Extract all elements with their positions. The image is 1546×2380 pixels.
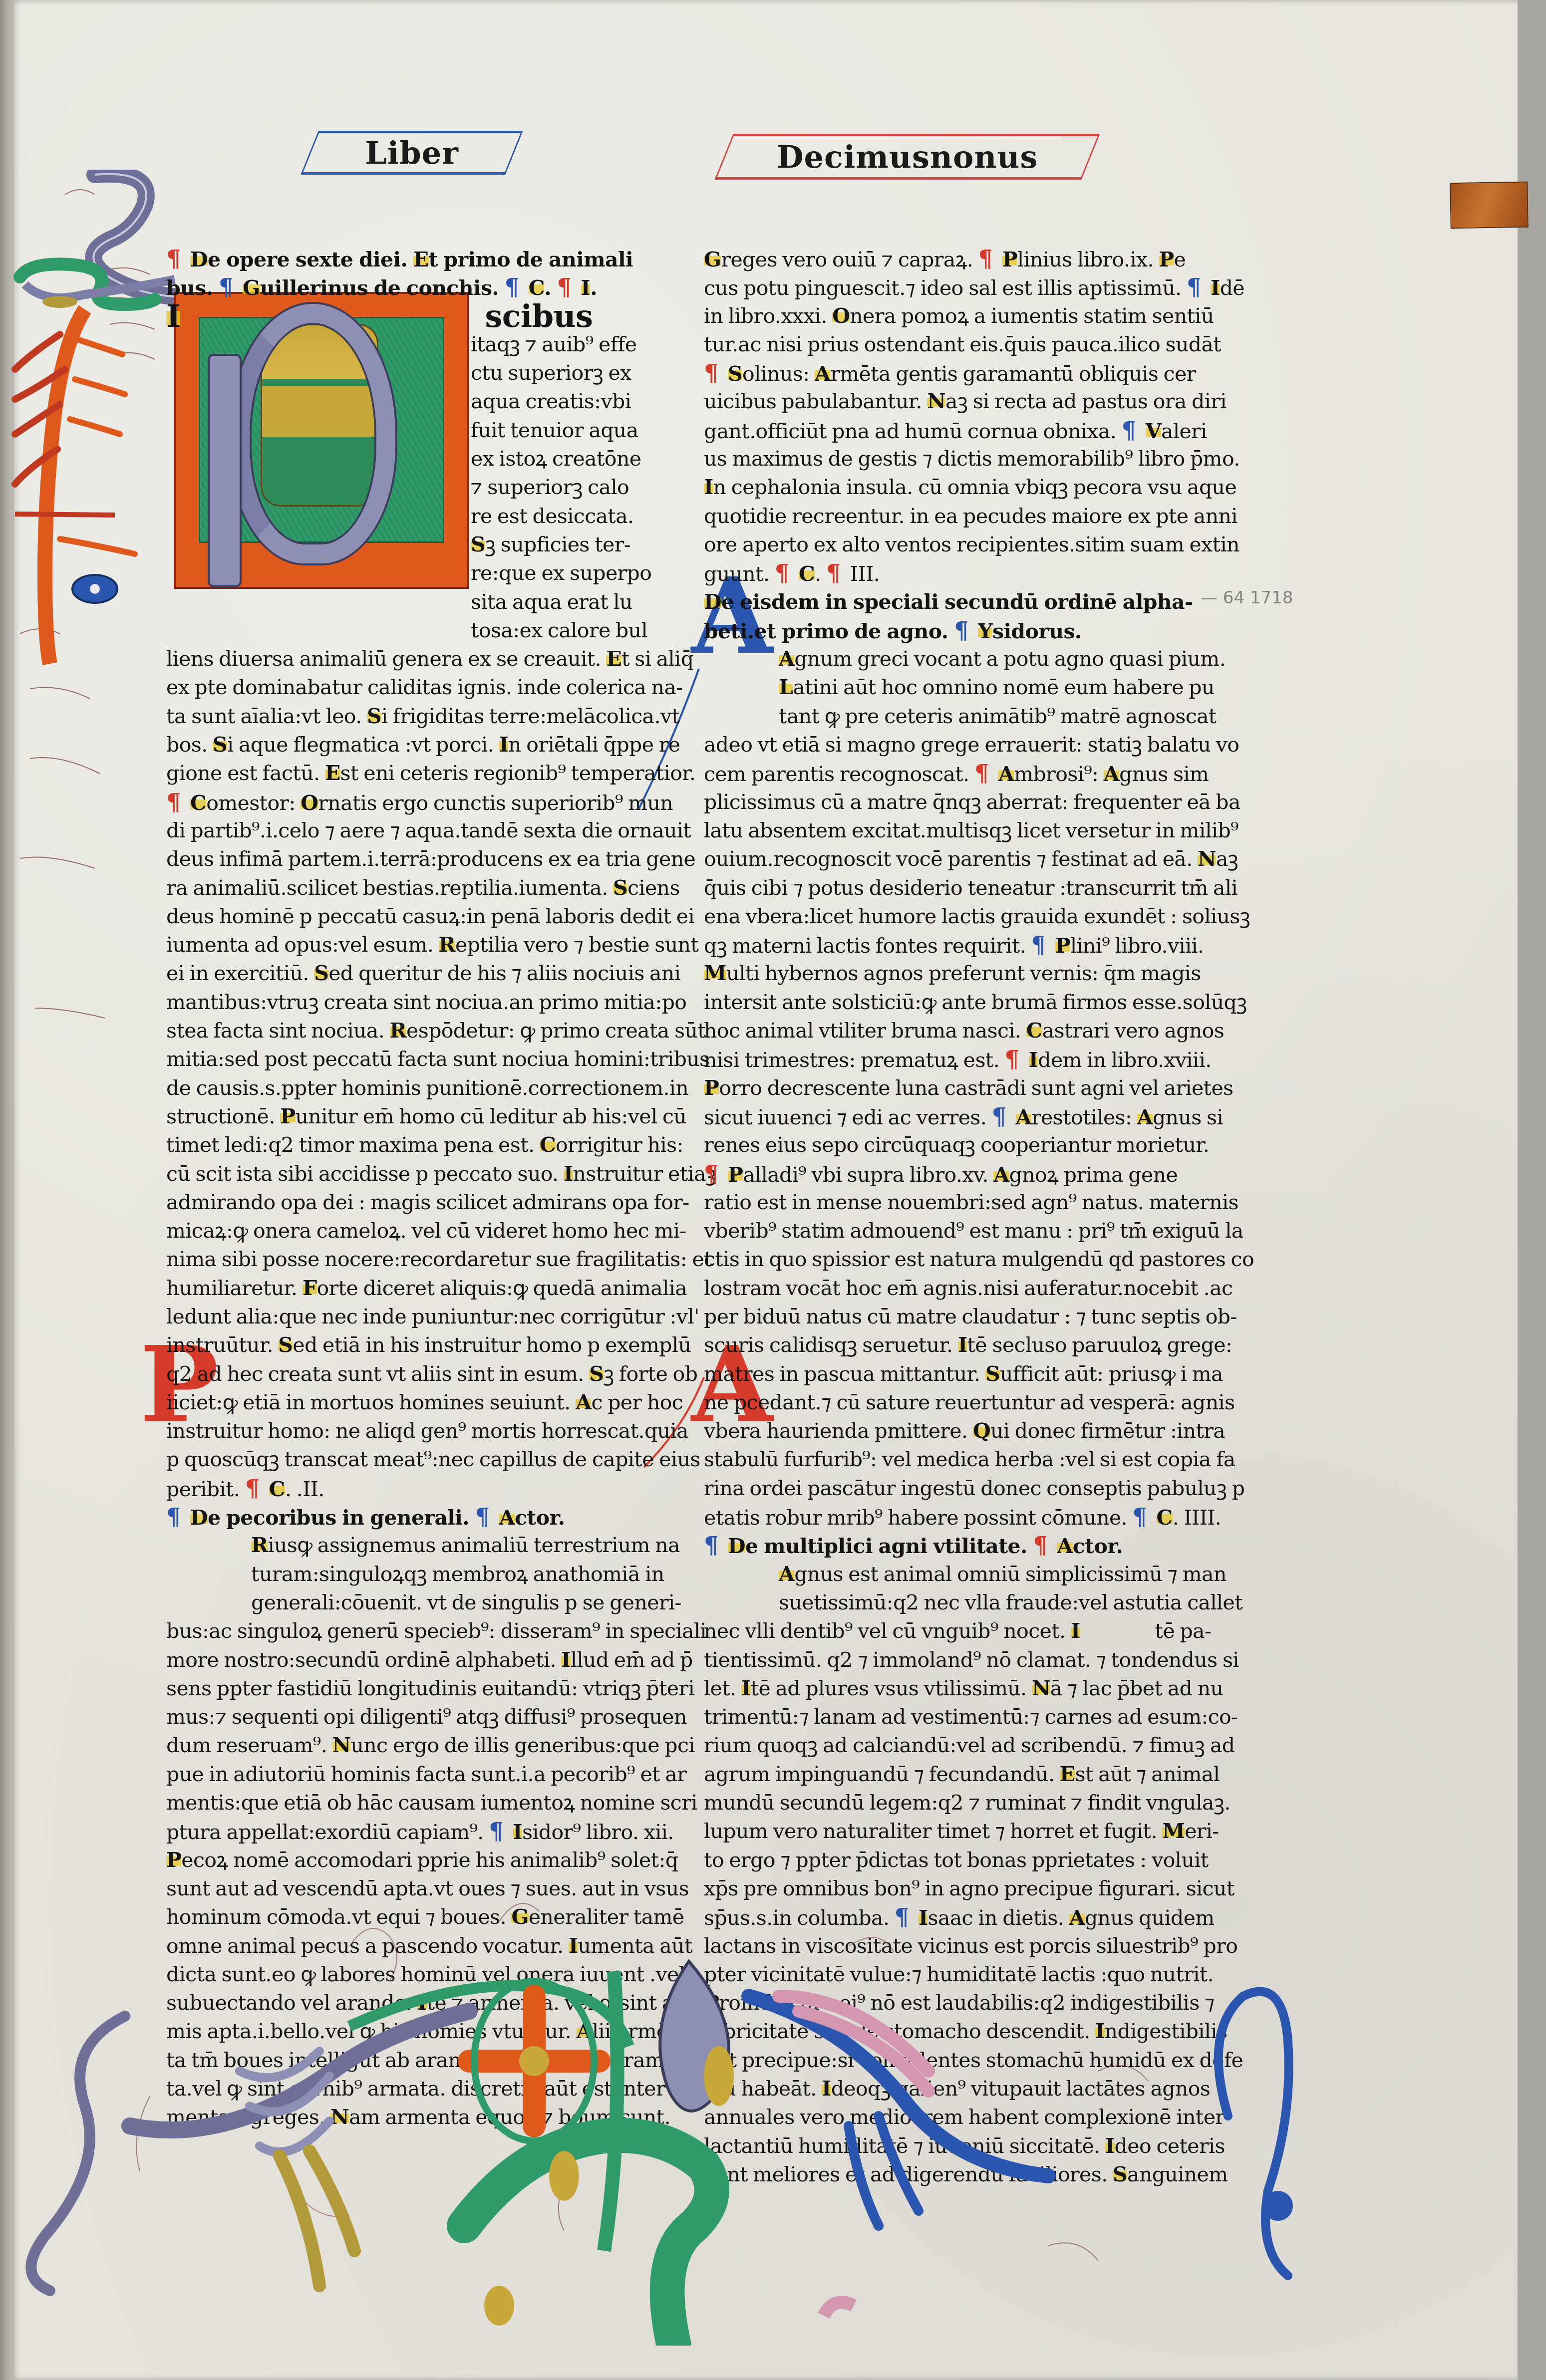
text-run: umenta aūt (578, 1934, 692, 1958)
text-run: ei in exercitiū. (166, 961, 314, 985)
rubricated-capital: A (1016, 1105, 1031, 1129)
text-run: st eni ceteris regionib⁹ temperatior. (340, 761, 696, 785)
text-run: pue in adiutoriū hominis facta sunt.i.a … (166, 1762, 686, 1786)
text-line: nisi trimestres: prematuꝝ est. ¶ Idem in… (704, 1045, 1181, 1073)
rubricated-capital: R (439, 933, 455, 957)
text-run: ex pte dominabatur caliditas ignis. inde… (166, 675, 683, 699)
text-line: bos. Si aque flegmatica :vt porci. In or… (166, 731, 628, 759)
text-line: mantibus:vtruꝫ creata sint nociua.an pri… (166, 988, 628, 1017)
rubricated-capital: I (822, 2077, 831, 2101)
text-run: orte diceret aliquis:ꝙ quedā animalia (317, 1276, 687, 1300)
text-run: qꝫ materni lactis fontes requirit. (704, 934, 1031, 958)
text-run: ui donec firmētur :intra (990, 1419, 1225, 1443)
rubricated-capital: V (1146, 419, 1161, 443)
text-line: pter vicinitatē vulue:⁊ humiditatē lacti… (704, 1960, 1181, 1989)
rubricated-capital: I (513, 1820, 522, 1844)
text-line: mus:⁊ sequenti opi diligenti⁹ atqꝫ diffu… (166, 1703, 628, 1731)
text-run: timet ledi:q2 timor maxima pena est. (166, 1133, 540, 1157)
rubricated-capital: S (213, 733, 227, 757)
text-line: humiliaretur. Forte diceret aliquis:ꝙ qu… (166, 1274, 628, 1303)
text-line: ena vbera:licet humore lactis grauida ex… (704, 902, 1181, 931)
text-line: lactans in viscositate vicinus est porci… (704, 1932, 1181, 1960)
text-line: Proinde caro ei⁹ nō est laudabilis:q2 in… (704, 1989, 1181, 2017)
text-run: adeo vt etiā si magno grege errauerit: s… (704, 733, 1239, 757)
text-line: qꝫ materni lactis fontes requirit. ¶ Pli… (704, 931, 1181, 959)
rubricated-capital: N (1198, 847, 1216, 871)
text-line: micaꝝ:ꝙ onera cameloꝝ. vel cū videret ho… (166, 1217, 628, 1245)
text-run: gnus est animal omniū simplicissimū ⁊ ma… (794, 1562, 1227, 1586)
text-run: saac in dietis. (928, 1906, 1069, 1930)
text-run: renes eius sepo circūquaqꝫ cooperiantur … (704, 1133, 1209, 1157)
text-run: bos. (166, 733, 213, 757)
text-line: aqua creatis:vbi (166, 387, 628, 416)
text-line: pue in adiutoriū hominis facta sunt.i.a … (166, 1760, 628, 1789)
text-line: ⁊ superiorꝫ calo (166, 473, 628, 502)
text-run: more nostro:secundū ordinē alphabeti. (166, 1648, 561, 1672)
text-run: mbrosi⁹: (1014, 762, 1103, 786)
text-run: tur.ac nisi prius ostendant eis.q̄uis pa… (704, 332, 1221, 356)
text-line: ta.vel ꝙ sint cornib⁹ armata. discretio … (166, 2075, 628, 2103)
text-run: ta tm̄ boues intelligūt ab arando dicta.… (166, 2048, 689, 2072)
text-run: us maximus de gestis ⁊ dictis memorabili… (704, 447, 1240, 471)
text-line: In cephalonia insula. cū omnia vbiqꝫ pec… (704, 473, 1181, 502)
text-line: more nostro:secundū ordinē alphabeti. Il… (166, 1646, 628, 1674)
rubricated-capital: S (985, 1362, 1000, 1386)
text-run: i aque flegmatica :vt porci. (227, 733, 499, 757)
text-run: re est desiccata. (471, 504, 634, 528)
text-run: re:que ex superpo (471, 561, 651, 585)
text-line: mis apta.i.bello.vel ꝙ his homies vtuntu… (166, 2017, 628, 2046)
rubricated-capital: S (367, 704, 381, 728)
text-run: beti.et primo de agno. (704, 619, 954, 643)
paragraph-mark-icon: ¶ (704, 359, 725, 386)
text-line: ra animaliū.scilicet bestias.reptilia.iu… (166, 874, 628, 902)
text-line: adeo vt etiā si magno grege errauerit: s… (704, 731, 1181, 759)
rubricated-capital: I (1029, 1048, 1038, 1072)
text-run: . IIII. (1173, 1506, 1222, 1530)
text-run: intersit ante solsticiū:ꝙ ante brumā fir… (704, 990, 1247, 1014)
text-line: gant.officiūt pna ad humū cornua obnixa.… (704, 416, 1181, 445)
text-run: nera pomoꝝ a iumentis statim sentiū (850, 304, 1214, 328)
text-line: deus infimā partem.i.terrā:producens ex … (166, 845, 628, 873)
text-line: peribit. ¶ C. .II. (166, 1474, 628, 1503)
text-line: us maximus de gestis ⁊ dictis memorabili… (704, 445, 1181, 473)
rubricated-capital: A (499, 1506, 515, 1530)
text-run: cem parentis recognoscat. (704, 762, 974, 786)
text-run: deoqꝫ galien⁹ vitupauit lactātes agnos (831, 2077, 1211, 2101)
text-line: deus hominē p peccatū casuꝝ:in penā labo… (166, 902, 628, 931)
text-column-right: Greges vero ouiū ⁊ capraꝝ. ¶ Plinius lib… (704, 245, 1181, 2189)
text-run: menta ⁊ greges. (166, 2105, 330, 2129)
text-run: atini aūt hoc omnino nomē eum habere pu (793, 675, 1215, 699)
text-line: ptura appellat:exordiū capiam⁹. ¶ Isidor… (166, 1817, 628, 1846)
text-run: ctis in quo spissior est natura mulgendū… (704, 1247, 1254, 1271)
rubricated-capital: Y (978, 619, 992, 643)
text-run: ledunt alia:que nec inde puniuntur:nec c… (166, 1305, 699, 1328)
text-line: rina ordei pascātur ingestū donec consep… (704, 1474, 1181, 1503)
rubricated-capital: I (958, 1333, 967, 1357)
text-run: ctu habeāt. (704, 2077, 822, 2101)
text-run: e multiplici agni vtilitate. (745, 1534, 1033, 1558)
text-run: sp̄us.s.in columba. (704, 1906, 895, 1930)
text-line: dicta sunt.eo ꝙ labores hominū vel onera… (166, 1960, 628, 1989)
rubricated-capital: G (243, 276, 260, 300)
paragraph-mark-icon: ¶ (219, 273, 240, 300)
text-run: alladi⁹ vbi supra libro.xv. (743, 1163, 993, 1187)
text-line: ¶ Comestor: Ornatis ergo cunctis superio… (166, 788, 628, 816)
text-run: lactantiū humiditatē ⁊ iuueniū siccitatē… (704, 2134, 1105, 2158)
paragraph-mark-icon: ¶ (166, 245, 187, 272)
rubricated-capital: C (1026, 1019, 1042, 1043)
text-run: e (1174, 248, 1186, 271)
text-line: ex pte dominabatur caliditas ignis. inde… (166, 673, 628, 702)
rubricated-capital: E (606, 647, 621, 671)
text-run: nisi trimestres: prematuꝝ est. (704, 1048, 1005, 1072)
text-line: iiciet:ꝙ etiā in mortuos homines seuiunt… (166, 1388, 628, 1417)
paragraph-mark-icon: ¶ (954, 617, 975, 644)
text-run: di partib⁹.i.celo ⁊ aere ⁊ aqua.tandē se… (166, 818, 691, 842)
text-run: t primo de animali (429, 248, 633, 271)
rubricated-capital: A (779, 1562, 794, 1586)
text-run: admirando opa dei : magis scilicet admir… (166, 1190, 689, 1214)
text-line: vbera haurienda pmittere. Qui donec firm… (704, 1417, 1181, 1445)
text-line: matres in pascua mittantur. Sufficit aūt… (704, 1360, 1181, 1388)
rubricated-capital: D (704, 590, 721, 614)
rubricated-capital: S (589, 1362, 604, 1386)
text-run: . (590, 276, 597, 300)
text-line: de causis.s.ppter hominis punitionē.corr… (166, 1074, 628, 1102)
text-line: sp̄us.s.in columba. ¶ Isaac in dietis. A… (704, 1903, 1181, 1931)
text-line: Iscibus (166, 302, 628, 330)
text-line: ex istoꝝ creatōne (166, 445, 628, 473)
rubricated-capital: N (927, 389, 945, 413)
text-run: omne animal pecus a pascendo vocatur. (166, 1934, 569, 1958)
text-run: ꝫ supficies ter- (485, 532, 630, 556)
paragraph-mark-icon: ¶ (245, 1475, 266, 1502)
text-run: deus hominē p peccatū casuꝝ:in penā labo… (166, 904, 694, 928)
text-line: sita aqua erat lu (166, 588, 628, 616)
text-run: structionē. (166, 1104, 280, 1128)
text-run: ctu superiorꝫ ex (471, 361, 631, 385)
text-run: nec vlli dentib⁹ vel cū vnguib⁹ nocet. (704, 1619, 1071, 1643)
text-run: instruūtur. (166, 1333, 278, 1357)
rubricated-capital: S (613, 876, 627, 900)
paragraph-mark-icon: ¶ (974, 760, 995, 787)
text-line: beti.et primo de agno. ¶ Ysidorus. (704, 616, 1181, 645)
text-run: c per hoc (591, 1390, 683, 1414)
rubricated-capital: P (280, 1104, 295, 1128)
text-run: ā ⁊ lac p̄bet ad nu (1050, 1676, 1223, 1700)
text-line: Pecoꝝ nomē accomodari pprie his animalib… (166, 1846, 628, 1874)
text-run: ed queritur de his ⁊ aliis nociuis ani (328, 961, 680, 985)
text-run: tant ꝙ pre ceteris animātib⁹ matrē agnos… (779, 704, 1217, 728)
text-line: nima sibi posse nocere:recordaretur sue … (166, 1245, 628, 1274)
text-run: llud em̄ ad p̄ (571, 1648, 693, 1672)
text-run: rium quoqꝫ ad calciandū:vel ad scribendū… (704, 1733, 1235, 1757)
text-run: dem in libro.xviii. (1038, 1048, 1211, 1072)
rubricated-capital: I (564, 1162, 573, 1186)
text-line: etatis robur mrib⁹ habere possint cōmune… (704, 1503, 1181, 1531)
text-run: pter vicinitatē vulue:⁊ humiditatē lacti… (704, 1962, 1214, 1986)
text-line: ratio est in mense nouembri:sed agn⁹ nat… (704, 1188, 1181, 1217)
rubricated-capital: A (1104, 762, 1119, 786)
text-line: structionē. Punitur em̄ homo cū leditur … (166, 1102, 628, 1131)
text-run: eneraliter tamē (529, 1905, 684, 1929)
rubricated-capital: G (704, 248, 721, 271)
text-line: instruūtur. Sed etiā in his instruitur h… (166, 1331, 628, 1359)
rubricated-capital: I (1095, 2019, 1105, 2043)
text-run: ta.vel ꝙ sint cornib⁹ armata. discretio … (166, 2077, 692, 2101)
text-run: lactans in viscositate vicinus est porci… (704, 1934, 1237, 1958)
text-line: turam:singuloꝝqꝫ membroꝝ anathomiā in (166, 1560, 628, 1588)
text-line: lupum vero naturaliter timet ⁊ horret et… (704, 1817, 1181, 1846)
text-run: sidorus. (992, 619, 1082, 643)
text-line: Latini aūt hoc omnino nomē eum habere pu (704, 673, 1181, 702)
text-run: quotidie recreentur. in ea pecudes maior… (704, 504, 1237, 528)
text-run: tosa:ex calore bul (471, 618, 647, 642)
text-run: sunt aut ad vescendū apta.vt oues ⁊ sues… (166, 1876, 689, 1900)
text-run: guunt. (704, 562, 775, 586)
text-line: in libro.xxxi. Onera pomoꝝ a iumentis st… (704, 302, 1181, 330)
paragraph-mark-icon: ¶ (1187, 273, 1208, 300)
text-run: cus potu pinguescit.⁊ ideo sal est illis… (704, 276, 1187, 300)
rubricated-capital: I (417, 1991, 427, 2015)
text-line: Agnus est animal omniū simplicissimū ⁊ m… (704, 1560, 1181, 1588)
text-run: ex istoꝝ creatōne (471, 447, 641, 471)
text-line: ore aperto ex alto ventos recipientes.si… (704, 530, 1181, 559)
text-run: suetissimū:q2 nec vlla fraude:vel astuti… (779, 1590, 1242, 1614)
text-run: uicibus pabulabantur. (704, 389, 927, 413)
paragraph-mark-icon: ¶ (978, 245, 999, 272)
text-line: guunt. ¶ C. ¶ III. (704, 559, 1181, 587)
paragraph-mark-icon: ¶ (489, 1818, 510, 1845)
text-run: q2 ad hec creata sunt vt aliis sint in e… (166, 1362, 589, 1386)
margin-note: — 64 1718 (1201, 588, 1293, 608)
text-run: tē secluso paruuloꝝ grege: (967, 1333, 1232, 1357)
rubricated-capital: G (511, 1905, 528, 1929)
rubricated-capital: P (1055, 934, 1070, 958)
text-line: suetissimū:q2 nec vlla fraude:vel astuti… (704, 1588, 1181, 1617)
text-line: bus. ¶ Guillerinus de conchis. ¶ C. ¶ I. (166, 273, 628, 301)
text-run: deus infimā partem.i.terrā:producens ex … (166, 847, 695, 871)
text-line: sens ppter fastidiū longitudinis euitand… (166, 1674, 628, 1703)
rubricated-capital: S (471, 532, 485, 556)
rubricated-capital: R (390, 1019, 406, 1043)
rubricated-capital: A (1069, 1906, 1085, 1930)
text-run: sita aqua erat lu (471, 590, 632, 614)
text-run: reges vero ouiū ⁊ capraꝝ. (721, 248, 978, 271)
text-run: n cephalonia insula. cū omnia vbiqꝫ peco… (713, 475, 1237, 499)
text-line: tant ꝙ pre ceteris animātib⁹ matrē agnos… (704, 702, 1181, 731)
rubricated-capital: I (569, 1934, 578, 1958)
text-run: in libro.xxxi. (704, 304, 832, 328)
rubricated-capital: S (314, 961, 328, 985)
text-run: roinde caro ei⁹ nō est laudabilis:q2 ind… (719, 1991, 1215, 2015)
text-line: ctis in quo spissior est natura mulgendū… (704, 1245, 1181, 1274)
rubricated-capital: S (1113, 2162, 1127, 2186)
paragraph-mark-icon: ¶ (775, 559, 796, 586)
text-line: ouium.recognoscit vocē parentis ⁊ festin… (704, 845, 1181, 873)
text-line: tur.ac nisi prius ostendant eis.q̄uis pa… (704, 330, 1181, 359)
text-run: stea facta sint nociua. (166, 1019, 390, 1043)
text-run: mitia:sed post peccatū facta sunt nociua… (166, 1047, 710, 1071)
rubricated-capital: P (704, 1991, 719, 2015)
text-run: humiliaretur. (166, 1276, 303, 1300)
text-run: ufficit aūt: priusꝙ i ma (1000, 1362, 1223, 1386)
text-run: sens ppter fastidiū longitudinis euitand… (166, 1676, 694, 1700)
text-run: ndigestibilis (1105, 2019, 1228, 2043)
text-run: p quoscūqꝫ transcat meat⁹:nec capillus d… (166, 1447, 700, 1471)
rubricated-capital: Q (973, 1419, 990, 1443)
text-run: let. (704, 1676, 741, 1700)
text-line: xp̄s pre omnibus bon⁹ in agno precipue f… (704, 1874, 1181, 1903)
text-line: stea facta sint nociua. Respōdetur: ꝙ pr… (166, 1017, 628, 1045)
text-line: lubricitate sua de stomacho descendit. I… (704, 2017, 1181, 2046)
text-run: e pecoribus in generali. (208, 1506, 475, 1530)
rubricated-capital: I (1071, 1619, 1080, 1643)
text-run: ⁊ superiorꝫ calo (471, 475, 629, 499)
text-line: lostram vocāt hoc em̄ agnis.nisi auferat… (704, 1274, 1181, 1303)
rubricated-capital: S (278, 1333, 293, 1357)
text-line: cū scit ista sibi accidisse p peccato su… (166, 1160, 628, 1188)
text-line: to ergo ⁊ ppter p̄dictas tot bonas pprie… (704, 1846, 1181, 1874)
text-line: nec vlli dentib⁹ vel cū vnguib⁹ nocet. I… (704, 1617, 1181, 1645)
rubricated-capital: P (704, 1076, 719, 1100)
text-run: deo ceteris (1115, 2134, 1225, 2158)
text-line: ei in exercitiū. Sed queritur de his ⁊ a… (166, 959, 628, 988)
text-line: iumenta ad opus:vel esum. Reptilia vero … (166, 931, 628, 959)
text-line: uicibus pabulabantur. Naꝫ si recta ad pa… (704, 387, 1181, 416)
page-edge (1518, 0, 1546, 2380)
rubricated-capital: O (832, 304, 850, 328)
rubricated-capital: C (529, 276, 544, 300)
paragraph-mark-icon: ¶ (166, 789, 187, 815)
running-head-right-text: Decimusnonus (777, 139, 1038, 175)
text-line: scuris calidisqꝫ seruetur. Itē secluso p… (704, 1331, 1181, 1359)
rubricated-capital: P (1002, 248, 1017, 271)
text-run: ptura appellat:exordiū capiam⁹. (166, 1820, 489, 1844)
paragraph-mark-icon: ¶ (166, 1503, 187, 1530)
text-line: sicut iuuenci ⁊ edi ac verres. ¶ Arestot… (704, 1102, 1181, 1131)
rubricated-capital: N (1032, 1676, 1050, 1700)
text-line: menta ⁊ greges. Nam armenta equoꝝ ⁊ boum… (166, 2103, 628, 2131)
text-line: per biduū natus cū matre claudatur : ⁊ t… (704, 1303, 1181, 1331)
text-run: ciens (627, 876, 680, 900)
text-run: stabulū furfurib⁹: vel medica herba :vel… (704, 1447, 1236, 1471)
text-run: sidor⁹ libro. xii. (522, 1820, 674, 1844)
text-run: n oriētali q̄ppe re (508, 733, 680, 757)
text-run: st aūt ⁊ animal (1075, 1762, 1220, 1786)
text-line: annuales vero mediocrem habent complexio… (704, 2103, 1181, 2131)
rubricated-capital: F (303, 1276, 317, 1300)
text-run: lubricitate sua de stomacho descendit. (704, 2019, 1095, 2043)
text-run: plicissimus cū a matre q̄nqꝫ aberrat: fr… (704, 790, 1240, 814)
text-run: rmēta gentis garamantū obliquis cer (830, 362, 1196, 386)
text-line: ¶ Palladi⁹ vbi supra libro.xv. Agnoꝝ pri… (704, 1160, 1181, 1188)
text-run: cū scit ista sibi accidisse p peccato su… (166, 1162, 564, 1186)
text-run: mantibus:vtruꝫ creata sint nociua.an pri… (166, 990, 686, 1014)
rubricated-capital: E (1060, 1762, 1075, 1786)
text-run: aqua creatis:vbi (471, 389, 631, 413)
text-run: aꝫ (1216, 847, 1238, 871)
rubricated-capital: S (728, 362, 742, 386)
text-run: . (815, 562, 826, 586)
text-line: ¶ De pecoribus in generali. ¶ Actor. (166, 1503, 628, 1531)
text-run: micaꝝ:ꝙ onera cameloꝝ. vel cū videret ho… (166, 1219, 686, 1243)
paragraph-mark-icon: ¶ (704, 1160, 725, 1187)
text-run: mus:⁊ sequenti opi diligenti⁹ atqꝫ diffu… (166, 1705, 687, 1729)
text-run: mundū secundū legem:q2 ⁊ ruminat ⁊ findi… (704, 1791, 1231, 1815)
running-head-left: Liber (309, 131, 514, 175)
paragraph-mark-icon: ¶ (475, 1503, 496, 1530)
rubricated-capital: A (576, 1390, 591, 1414)
text-line: ta tm̄ boues intelligūt ab arando dicta.… (166, 2046, 628, 2075)
rubricated-capital: A (998, 762, 1014, 786)
text-run: per biduū natus cū matre claudatur : ⁊ t… (704, 1305, 1237, 1328)
running-head-right: Decimusnonus (724, 134, 1091, 180)
text-run: annuales vero mediocrem habent complexio… (704, 2105, 1225, 2129)
paragraph-mark-icon: ¶ (1122, 417, 1143, 444)
rubricated-capital: C (799, 562, 815, 586)
text-line: agrum impinguandū ⁊ fecundandū. Est aūt … (704, 1760, 1181, 1789)
text-line: generali:cōuenit. vt de singulis p se ge… (166, 1588, 628, 1617)
text-run: ctor. (515, 1506, 565, 1530)
text-line: tosa:ex calore bul (166, 616, 628, 645)
text-line: let. Itē ad plures vsus vtilissimū. Nā ⁊… (704, 1674, 1181, 1703)
rubricated-capital: E (325, 761, 340, 785)
rubricated-capital: O (301, 791, 318, 815)
text-run: omestor: (206, 791, 301, 815)
text-column-left: ¶ De opere sexte diei. Et primo de anima… (166, 245, 628, 2132)
rubricated-capital: E (413, 248, 429, 271)
rubricated-capital: N (332, 1733, 351, 1757)
text-line: intersit ante solsticiū:ꝙ ante brumā fir… (704, 988, 1181, 1017)
rubricated-capital: P (166, 1848, 181, 1872)
text-run: aūt precipue:si comedentes stomachū humi… (704, 2048, 1243, 2072)
rubricated-capital: I (1105, 2134, 1115, 2158)
text-run: ra animaliū.scilicet bestias.reptilia.iu… (166, 876, 613, 900)
text-line: re est desiccata. (166, 502, 628, 530)
text-run: . .II. (285, 1477, 324, 1501)
text-line: bus:ac singuloꝝ generū specieb⁹: dissera… (166, 1617, 628, 1645)
rubricated-capital: M (704, 961, 726, 985)
rubricated-capital: M (1162, 1819, 1185, 1843)
rubricated-capital: I (919, 1906, 928, 1930)
text-run: lostram vocāt hoc em̄ agnis.nisi auferat… (704, 1276, 1233, 1300)
text-run: vberib⁹ statim admouend⁹ est manu : pri⁹… (704, 1219, 1243, 1243)
text-run: q̄uis cibi ⁊ potus desiderio teneatur :t… (704, 876, 1237, 900)
text-line: omne animal pecus a pascendo vocatur. Iu… (166, 1932, 628, 1960)
text-line: sunt meliores et ad digerendū faciliores… (704, 2160, 1181, 2189)
text-line: De eisdem in speciali secundū ordinē alp… (704, 588, 1181, 616)
index-tab (1450, 182, 1529, 229)
text-line: di partib⁹.i.celo ⁊ aere ⁊ aqua.tandē se… (166, 816, 628, 845)
text-line: ledunt alia:que nec inde puniuntur:nec c… (166, 1303, 628, 1331)
rubricated-capital: I (499, 733, 509, 757)
text-run: xp̄s pre omnibus bon⁹ in agno precipue f… (704, 1876, 1235, 1900)
text-line: ¶ De multiplici agni vtilitate. ¶ Actor. (704, 1531, 1181, 1560)
paragraph-mark-icon: ¶ (1005, 1046, 1026, 1072)
text-line: renes eius sepo circūquaqꝫ cooperiantur … (704, 1131, 1181, 1159)
rubricated-capital: D (190, 1506, 208, 1530)
text-run: ore aperto ex alto ventos recipientes.si… (704, 532, 1239, 556)
text-run: aꝫ si recta ad pastus ora diri (945, 389, 1227, 413)
text-run: matres in pascua mittantur. (704, 1362, 985, 1386)
rubricated-capital: P (1159, 248, 1174, 271)
paragraph-mark-icon: ¶ (992, 1103, 1013, 1130)
rubricated-capital: N (330, 2105, 349, 2129)
text-run: iiciet:ꝙ etiā in mortuos homines seuiunt… (166, 1390, 576, 1414)
